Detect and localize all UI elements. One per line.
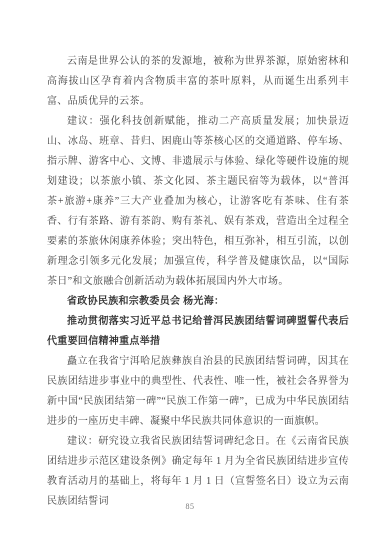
paragraph-monument-description: 矗立在我省宁洱哈尼族彝族自治县的民族团结誓词碑，因其在民族团结进步事业中的典型性…: [47, 352, 349, 432]
page-number: 85: [0, 502, 380, 511]
heading-pledge-monument-title: 推动贯彻落实习近平总书记给普洱民族团结誓词碑盟誓代表后代重要回信精神重点举措: [47, 312, 349, 352]
heading-committee-speaker: 省政协民族和宗教委员会 杨光海：: [47, 292, 349, 312]
paragraph-monument-suggestion: 建议：研究设立我省民族团结誓词碑纪念日。在《云南省民族团结进步示范区建设条例》确…: [47, 432, 349, 512]
page-body: 云南是世界公认的茶的发源地，被称为世界茶源，原始密林和高海拔山区孕育着内含物质丰…: [47, 52, 349, 512]
paragraph-tea-industry-suggestion: 建议：强化科技创新赋能，推动二产高质量发展；加快景迈山、冰岛、班章、昔归、困鹿山…: [47, 112, 349, 292]
document-page: 云南是世界公认的茶的发源地，被称为世界茶源，原始密林和高海拔山区孕育着内含物质丰…: [0, 0, 380, 537]
paragraph-yunnan-tea-intro: 云南是世界公认的茶的发源地，被称为世界茶源，原始密林和高海拔山区孕育着内含物质丰…: [47, 52, 349, 112]
